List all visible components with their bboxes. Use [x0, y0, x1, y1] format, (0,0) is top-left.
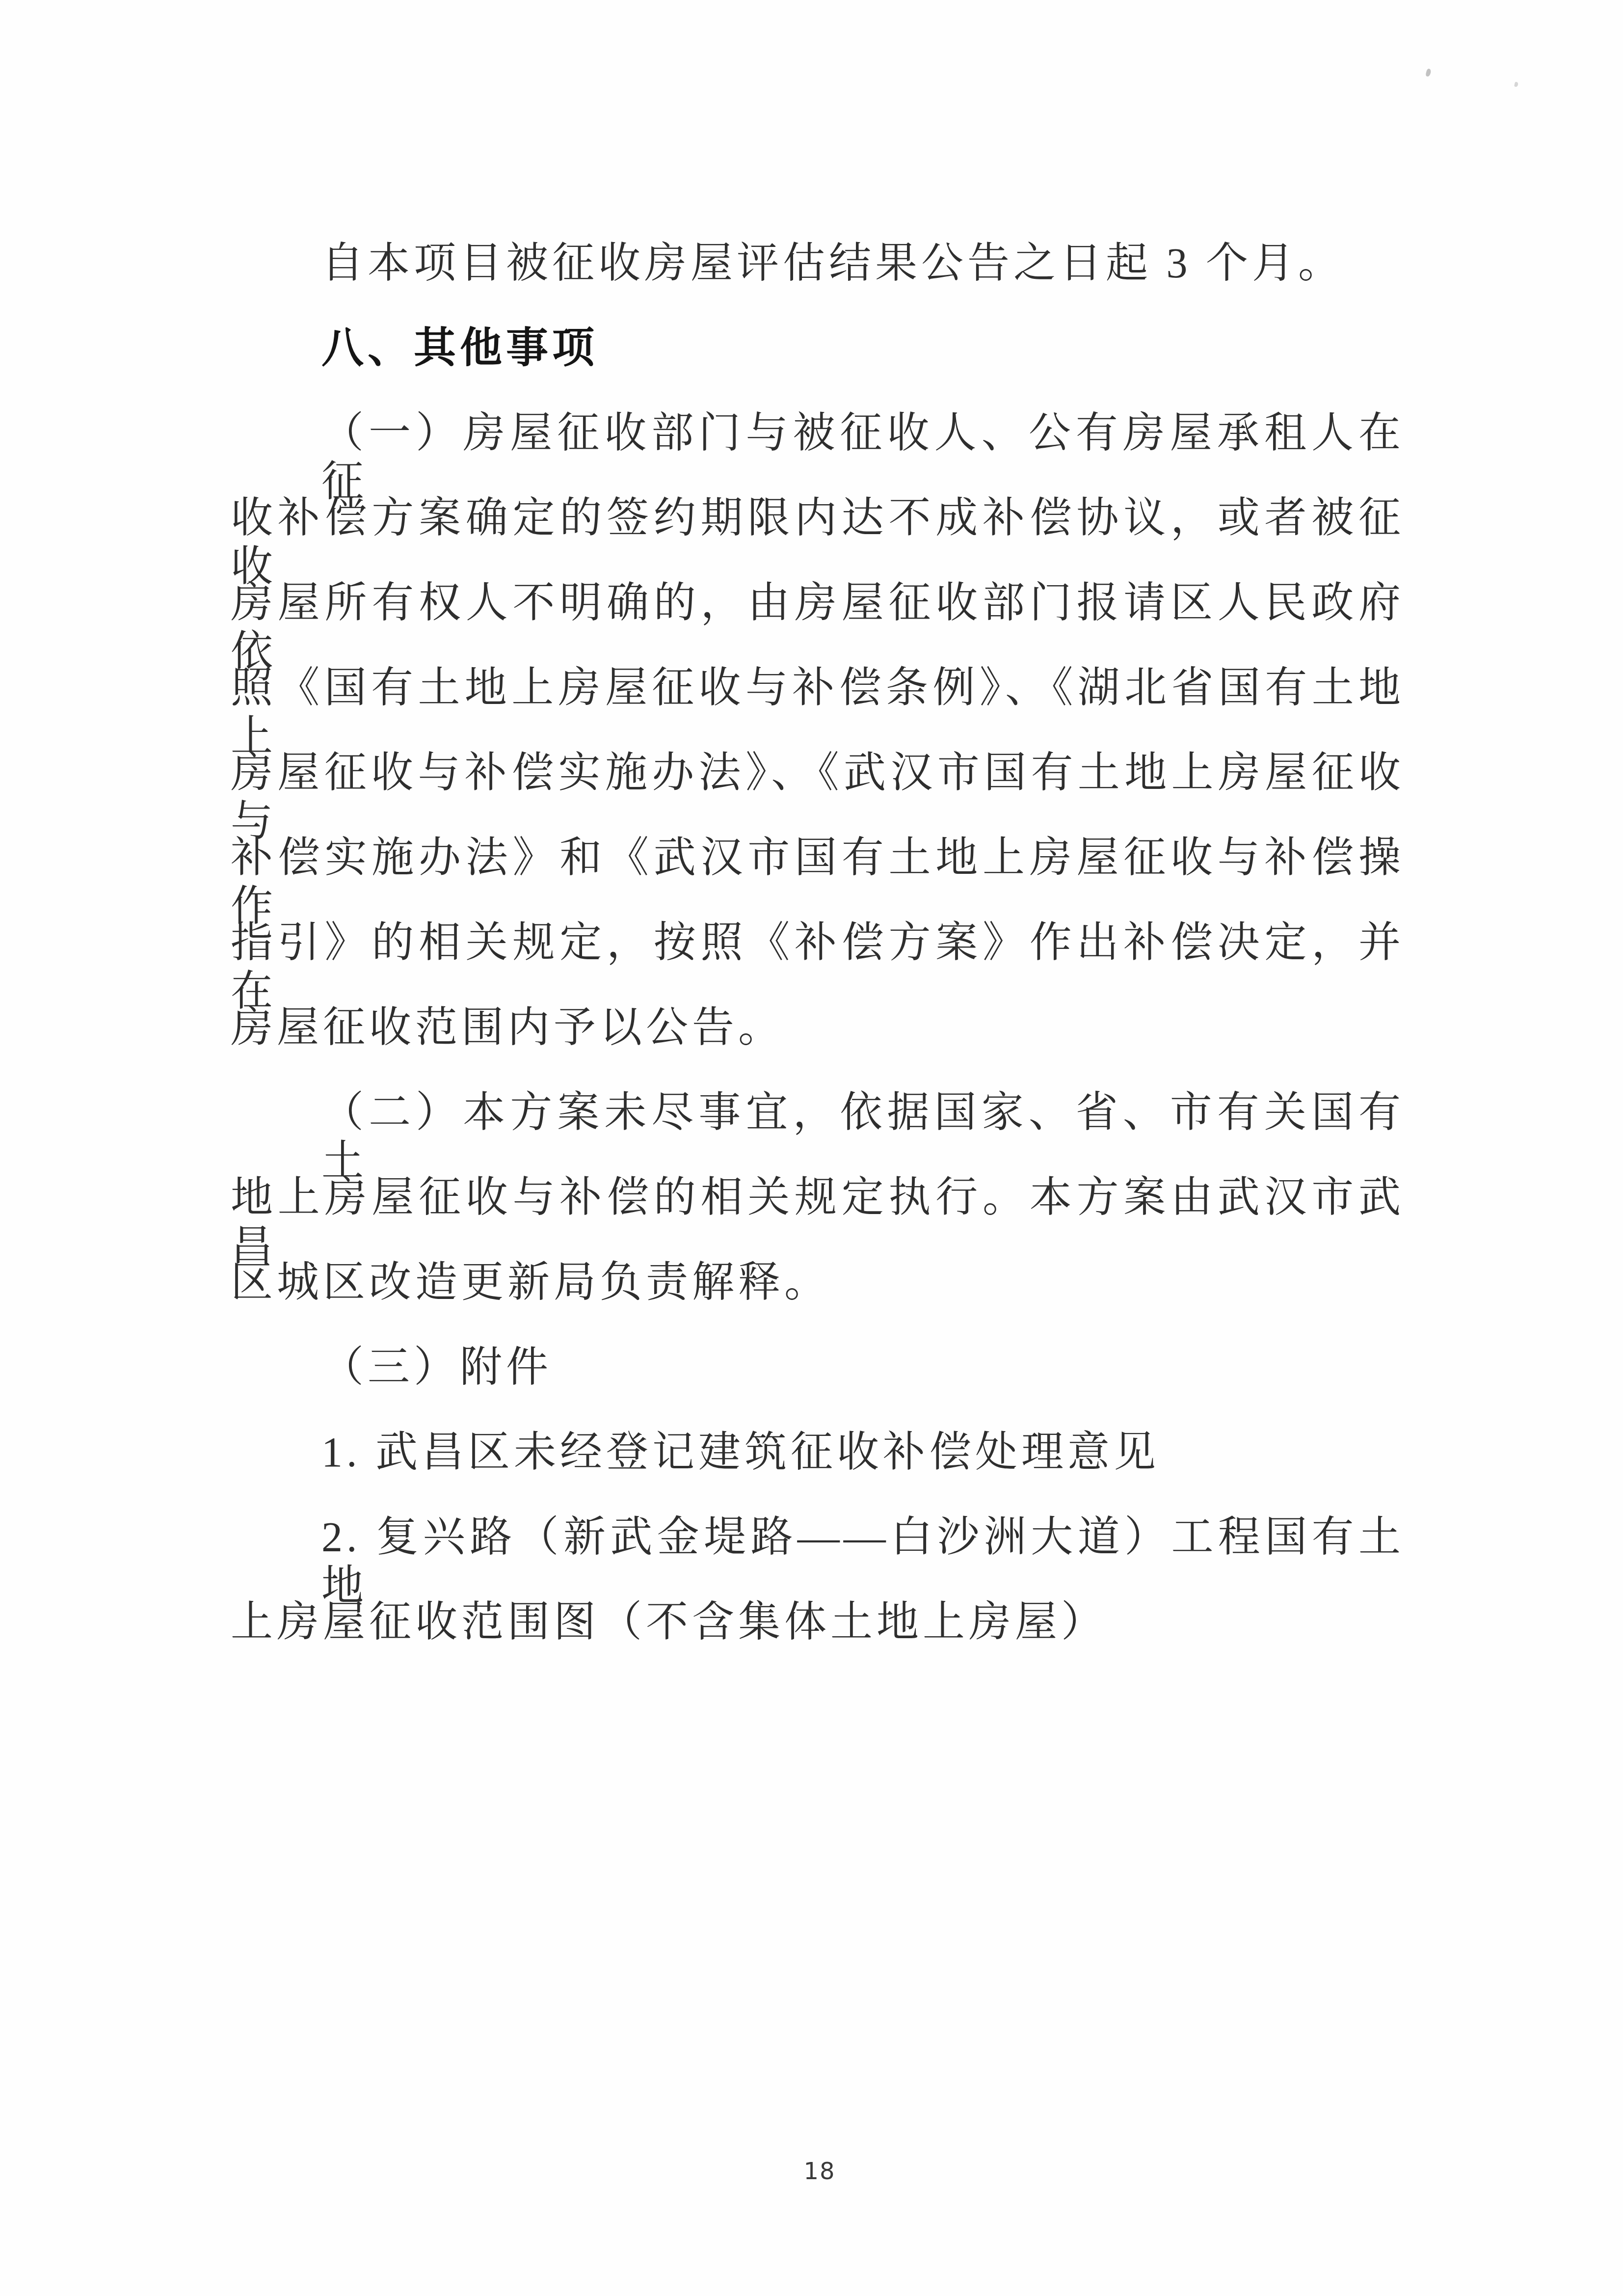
paragraph-line: （一）房屋征收部门与被征收人、公有房屋承租人在征 — [321, 409, 1405, 506]
paragraph-line: 房屋征收范围内予以公告。 — [231, 1003, 1405, 1052]
paragraph-line: （二）本方案未尽事宜，依据国家、省、市有关国有土 — [321, 1088, 1405, 1186]
paragraph-line: 照《国有土地上房屋征收与补偿条例》、《湖北省国有土地上 — [231, 664, 1405, 761]
attachment-item: 2. 复兴路（新武金堤路——白沙洲大道）工程国有土地 — [321, 1513, 1405, 1610]
page-number: 18 — [790, 2158, 849, 2185]
attachment-item: 1. 武昌区未经登记建筑征收补偿处理意见 — [321, 1428, 1405, 1477]
paragraph-line: 区城区改造更新局负责解释。 — [231, 1258, 1405, 1307]
attachment-item-continuation: 上房屋征收范围图（不含集体土地上房屋） — [231, 1598, 1405, 1647]
scan-speck — [1425, 68, 1432, 77]
scan-speck — [1514, 81, 1518, 87]
attachment-heading: （三）附件 — [321, 1343, 1405, 1392]
paragraph-line: 房屋征收与补偿实施办法》、《武汉市国有土地上房屋征收与 — [231, 749, 1405, 846]
document-page: 自本项目被征收房屋评估结果公告之日起 3 个月。 八、其他事项 （一）房屋征收部… — [0, 0, 1623, 2296]
paragraph-line: 指引》的相关规定，按照《补偿方案》作出补偿决定，并在 — [231, 918, 1405, 1016]
paragraph-line: 补偿实施办法》和《武汉市国有土地上房屋征收与补偿操作 — [231, 834, 1405, 931]
paragraph-line: 地上房屋征收与补偿的相关规定执行。本方案由武汉市武昌 — [231, 1173, 1405, 1270]
section-heading: 八、其他事项 — [321, 324, 1405, 373]
paragraph-line: 收补偿方案确定的签约期限内达不成补偿协议，或者被征收 — [231, 494, 1405, 591]
paragraph-line: 自本项目被征收房屋评估结果公告之日起 3 个月。 — [321, 239, 1405, 288]
paragraph-line: 房屋所有权人不明确的，由房屋征收部门报请区人民政府依 — [231, 579, 1405, 676]
